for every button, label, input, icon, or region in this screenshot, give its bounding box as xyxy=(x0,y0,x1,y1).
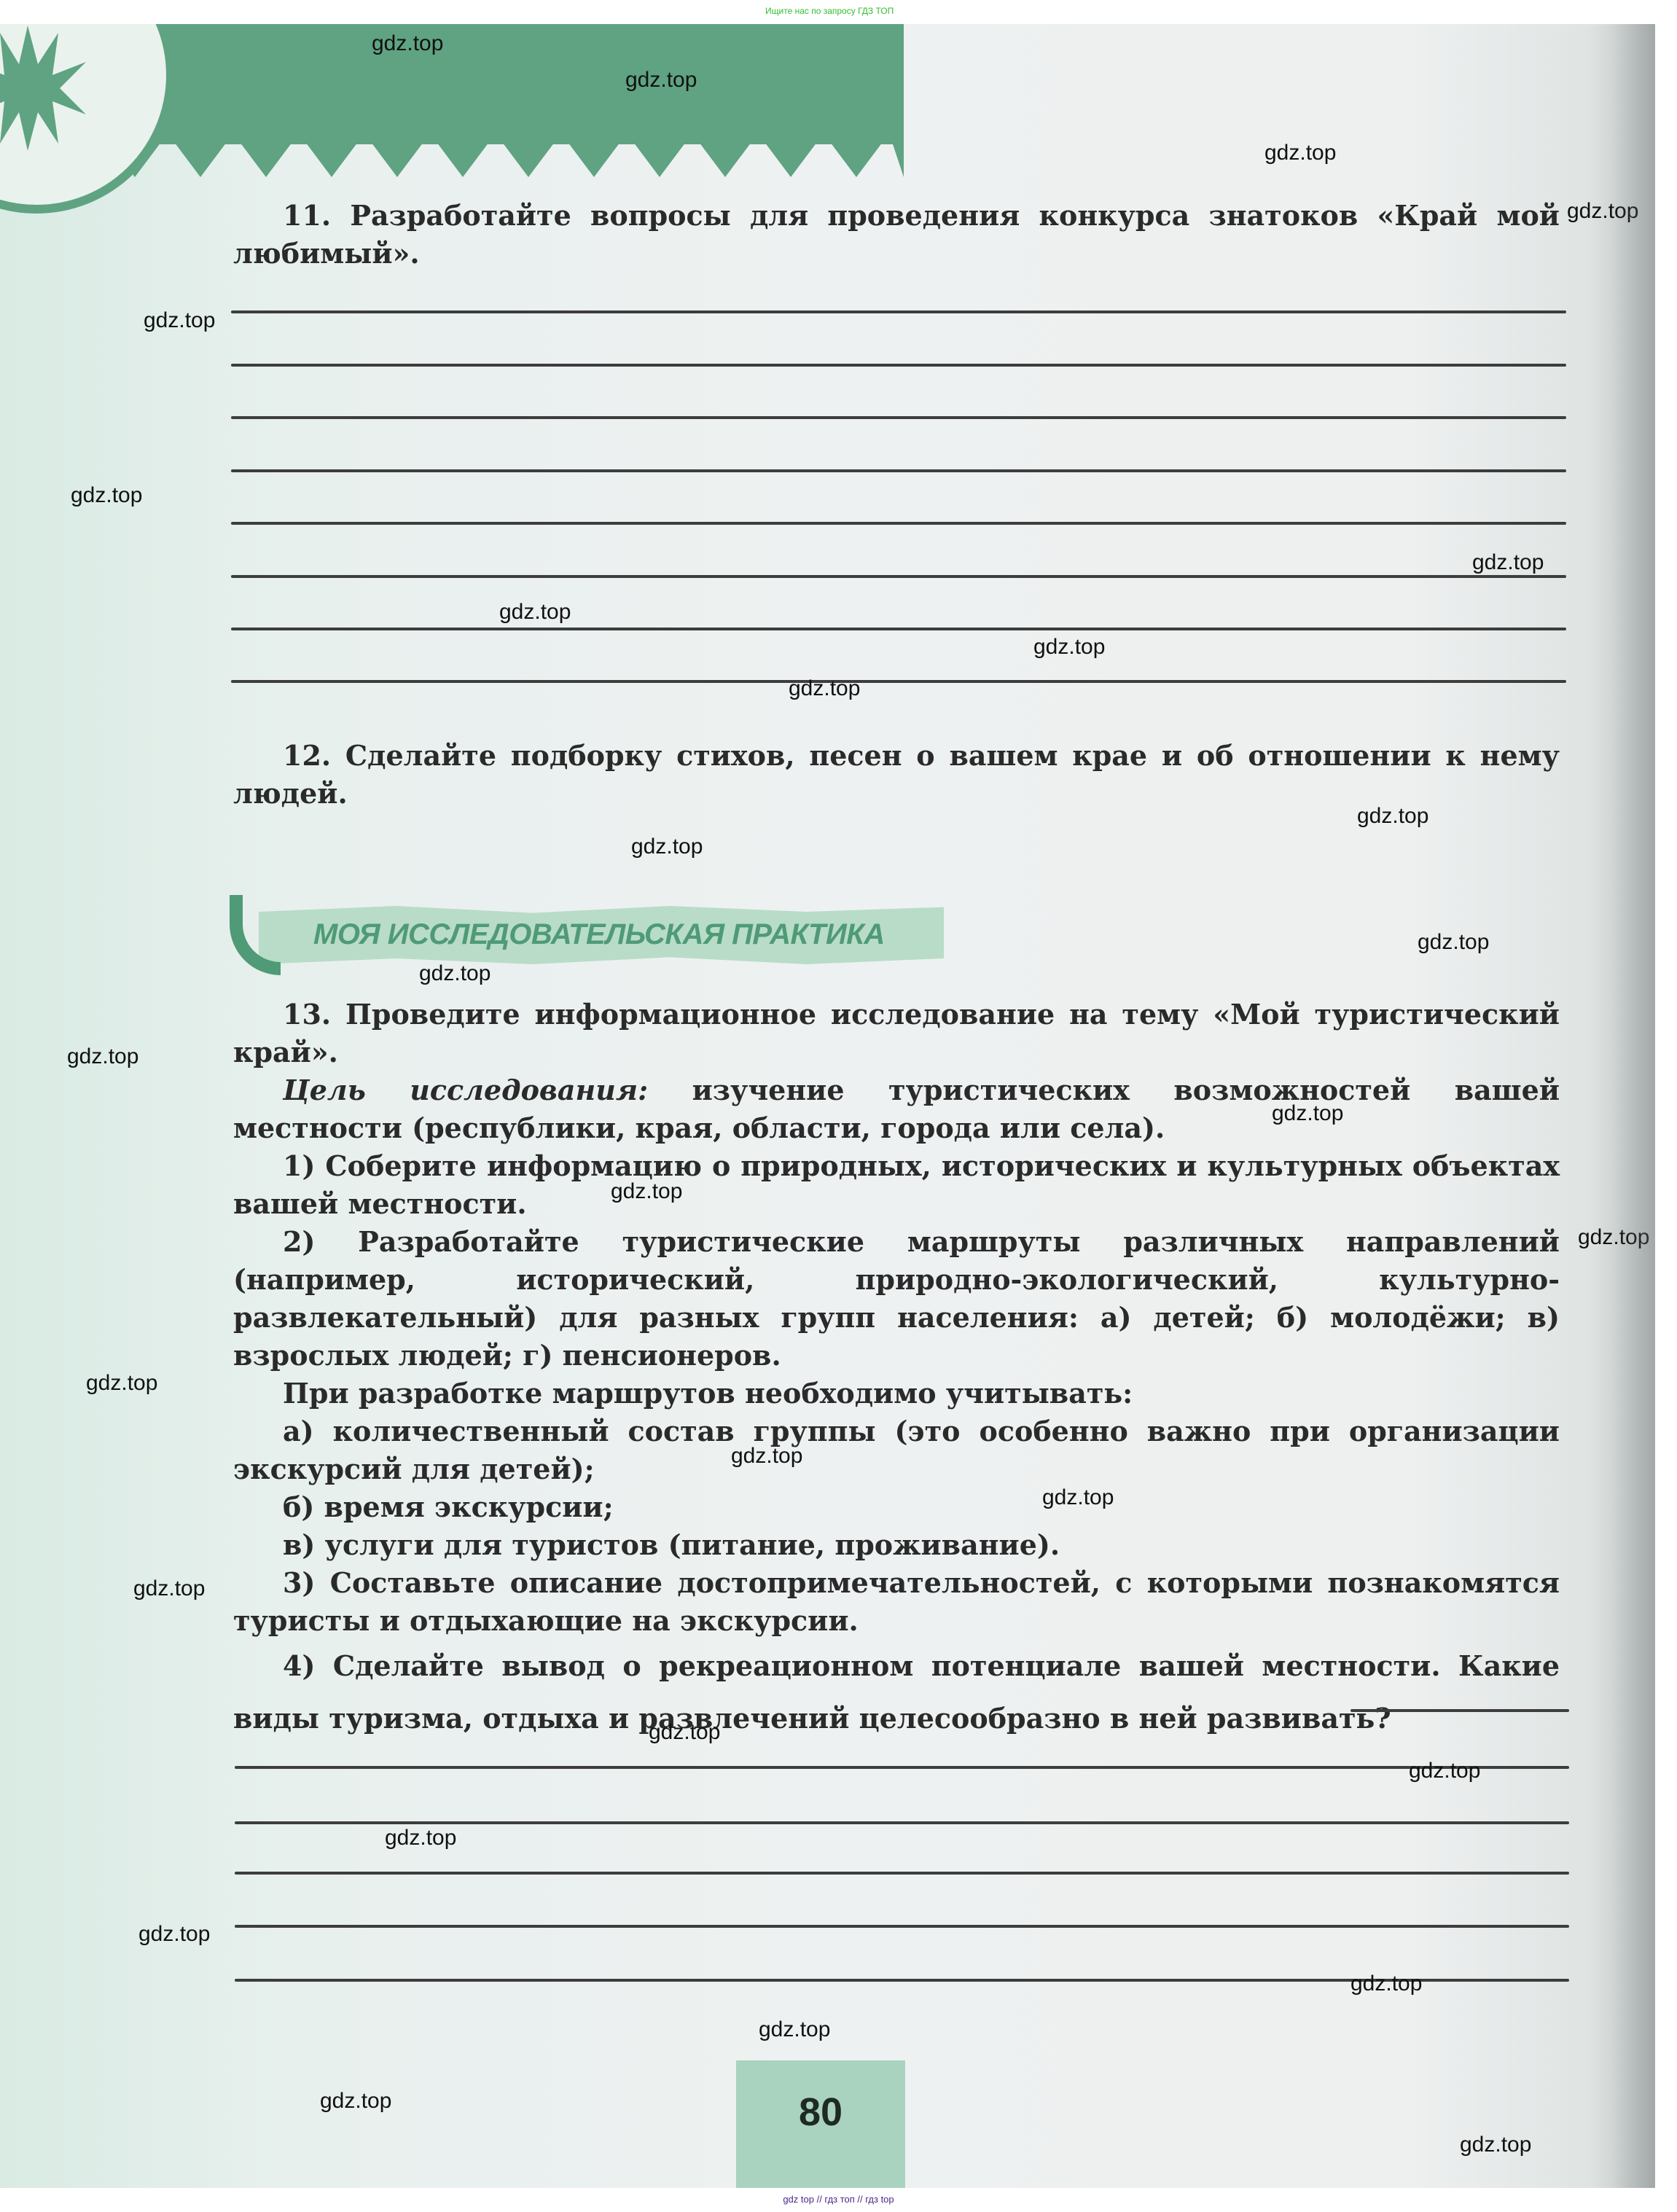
watermark: gdz.top xyxy=(1472,550,1544,575)
watermark: gdz.top xyxy=(67,1044,138,1069)
answer-line[interactable] xyxy=(231,575,1566,578)
star-icon xyxy=(0,24,146,170)
task-12-text: Сделайте подборку стихов, песен о вашем … xyxy=(233,739,1560,810)
task-13-text: Проведите информационное исследование на… xyxy=(233,998,1560,1068)
banner-arc-icon xyxy=(230,895,281,975)
consider-a: а) количественный состав группы (это осо… xyxy=(233,1412,1560,1488)
watermark: gdz.top xyxy=(1264,141,1336,165)
watermark: gdz.top xyxy=(1042,1485,1114,1510)
page-number: 80 xyxy=(736,2090,905,2135)
answer-line[interactable] xyxy=(231,310,1566,313)
watermark: gdz.top xyxy=(731,1444,802,1469)
watermark: gdz.top xyxy=(320,2089,391,2114)
watermark: gdz.top xyxy=(385,1826,456,1851)
goal-label: Цель исследования: xyxy=(283,1074,648,1106)
watermark: gdz.top xyxy=(789,676,860,701)
watermark: gdz.top xyxy=(1350,1971,1422,1996)
task-13: 13. Проведите информационное исследовани… xyxy=(233,996,1560,1071)
answer-line[interactable] xyxy=(231,522,1566,525)
watermark: gdz.top xyxy=(1578,1225,1649,1250)
answer-line[interactable] xyxy=(1350,1709,1569,1712)
consider-b: б) время экскурсии; xyxy=(233,1488,1560,1526)
footer-note: gdz top // гдз топ // гдз top xyxy=(0,2194,1677,2205)
top-strip: Ищите нас по запросу ГДЗ ТОП xyxy=(0,0,1677,24)
watermark: gdz.top xyxy=(138,1922,210,1947)
watermark: gdz.top xyxy=(1409,1759,1480,1783)
step-4: 4) Сделайте вывод о рекреационном потенц… xyxy=(233,1640,1560,1745)
page-number-box: 80 xyxy=(736,2060,905,2188)
task-11-number: 11. xyxy=(283,199,331,232)
answer-line[interactable] xyxy=(231,364,1566,367)
watermark: gdz.top xyxy=(133,1576,205,1601)
research-goal: Цель исследования: изучение туристически… xyxy=(233,1071,1560,1147)
answer-line[interactable] xyxy=(231,469,1566,472)
watermark: gdz.top xyxy=(144,308,215,333)
watermark: gdz.top xyxy=(372,31,443,56)
watermark: gdz.top xyxy=(86,1371,157,1396)
header-band xyxy=(62,24,904,144)
answer-line[interactable] xyxy=(235,1766,1569,1769)
consider-c: в) услуги для туристов (питание, прожива… xyxy=(233,1526,1560,1564)
watermark: gdz.top xyxy=(1418,930,1489,955)
answer-line[interactable] xyxy=(231,628,1566,630)
task-12: 12. Сделайте подборку стихов, песен о ва… xyxy=(233,737,1560,813)
watermark: gdz.top xyxy=(649,1720,720,1745)
answer-line[interactable] xyxy=(235,1821,1569,1824)
consider-intro: При разработке маршрутов необходимо учит… xyxy=(233,1375,1560,1412)
watermark: gdz.top xyxy=(419,961,490,986)
workbook-page: 11. Разработайте вопросы для проведения … xyxy=(0,24,1655,2188)
step-3: 3) Составьте описание достопримечательно… xyxy=(233,1564,1560,1640)
bottom-strip: gdz top // гдз топ // гдз top xyxy=(0,2188,1677,2212)
watermark: gdz.top xyxy=(1033,635,1105,660)
answer-line[interactable] xyxy=(231,680,1566,683)
watermark: gdz.top xyxy=(625,68,697,93)
watermark: gdz.top xyxy=(611,1179,682,1204)
section-title: МОЯ ИССЛЕДОВАТЕЛЬСКАЯ ПРАКТИКА xyxy=(313,918,885,951)
section-banner: МОЯ ИССЛЕДОВАТЕЛЬСКАЯ ПРАКТИКА xyxy=(230,888,944,975)
watermark: gdz.top xyxy=(1272,1101,1343,1126)
watermark: gdz.top xyxy=(631,835,703,859)
watermark: gdz.top xyxy=(1460,2133,1531,2157)
search-hint: Ищите нас по запросу ГДЗ ТОП xyxy=(765,6,894,16)
watermark: gdz.top xyxy=(1567,199,1638,224)
task-11-text: Разработайте вопросы для проведения конк… xyxy=(233,199,1560,270)
task-11: 11. Разработайте вопросы для проведения … xyxy=(233,197,1560,273)
task-13-number: 13. xyxy=(283,998,331,1031)
watermark: gdz.top xyxy=(71,483,142,508)
watermark: gdz.top xyxy=(1357,804,1428,829)
watermark: gdz.top xyxy=(759,2017,830,2042)
zigzag-border-icon xyxy=(62,133,904,177)
step-1: 1) Соберите информацию о природных, исто… xyxy=(233,1147,1560,1223)
step-2: 2) Разработайте туристические маршруты р… xyxy=(233,1223,1560,1375)
answer-line[interactable] xyxy=(231,416,1566,419)
watermark: gdz.top xyxy=(499,600,571,625)
task-12-number: 12. xyxy=(283,739,331,772)
answer-line[interactable] xyxy=(235,1925,1569,1928)
answer-line[interactable] xyxy=(235,1872,1569,1875)
